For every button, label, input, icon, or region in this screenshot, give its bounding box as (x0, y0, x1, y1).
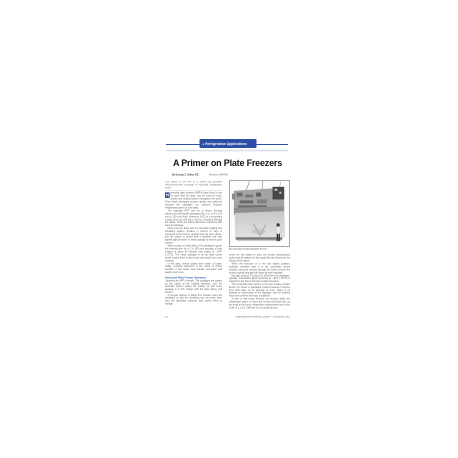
article-page: ●Refrigeration Applications A Primer on … (164, 138, 291, 324)
body-paragraph: When contact on both sides of the packag… (165, 245, 222, 263)
body-paragraph: Operating an HPF is simple. The packages… (165, 280, 222, 295)
body-paragraph: While the structure is in the low statio… (229, 263, 290, 275)
body-text: orizontal plate freezers (HPFs) have bee… (165, 192, 222, 209)
article-title: A Primer on Plate Freezers (164, 158, 291, 168)
scanned-article-canvas: ●Refrigeration Applications A Primer on … (0, 0, 458, 458)
body-paragraph: Horizontal plate freezers (HPFs) have be… (165, 192, 222, 210)
photo-caption: An automatic horizontal plate freezer. (229, 248, 290, 252)
body-paragraph: A hot-gas defrost of about five minutes … (165, 294, 222, 306)
body-paragraph: When the last station is filled, the fre… (229, 254, 290, 263)
column-banner: ●Refrigeration Applications (199, 139, 256, 148)
body-paragraph: Hot gas at about 75 psig (517 kPa) frees… (229, 275, 290, 284)
plate-freezer-photo (229, 180, 290, 247)
body-paragraph: Most units are fitted with an automatic … (165, 227, 222, 245)
byline: By George C. Briley, P.E. Member ASHRAE (172, 171, 283, 176)
right-column-text: When the last station is filled, the fre… (229, 254, 290, 315)
body-paragraph: In the past, freezer plates were made of… (165, 262, 222, 274)
banner-bullet-icon: ● (202, 142, 204, 145)
body-paragraph: A plus is that these freezers are locate… (229, 298, 290, 310)
body-paragraph: The horizontal plate freezer is the best… (229, 283, 290, 298)
column-banner-text: ●Refrigeration Applications (202, 142, 246, 146)
banner-shadow-line (166, 150, 288, 151)
plate-freezer-illustration (230, 181, 289, 246)
drop-cap: H (165, 192, 170, 198)
journal-footer-line: Reprinted from ASHRAE Journal — December… (220, 316, 290, 321)
byline-author: By George C. Briley, P.E. (172, 173, 199, 175)
right-column: An automatic horizontal plate freezer. W… (229, 180, 290, 315)
banner-label: Refrigeration Applications (205, 142, 247, 146)
body-paragraph: The standard HPF has ten to fifteen free… (165, 210, 222, 228)
page-number: 10 (165, 316, 185, 321)
byline-affiliation: Member ASHRAE (209, 173, 228, 175)
intro-deck: This article is the first in a series th… (165, 181, 222, 190)
left-column: This article is the first in a series th… (165, 181, 222, 314)
